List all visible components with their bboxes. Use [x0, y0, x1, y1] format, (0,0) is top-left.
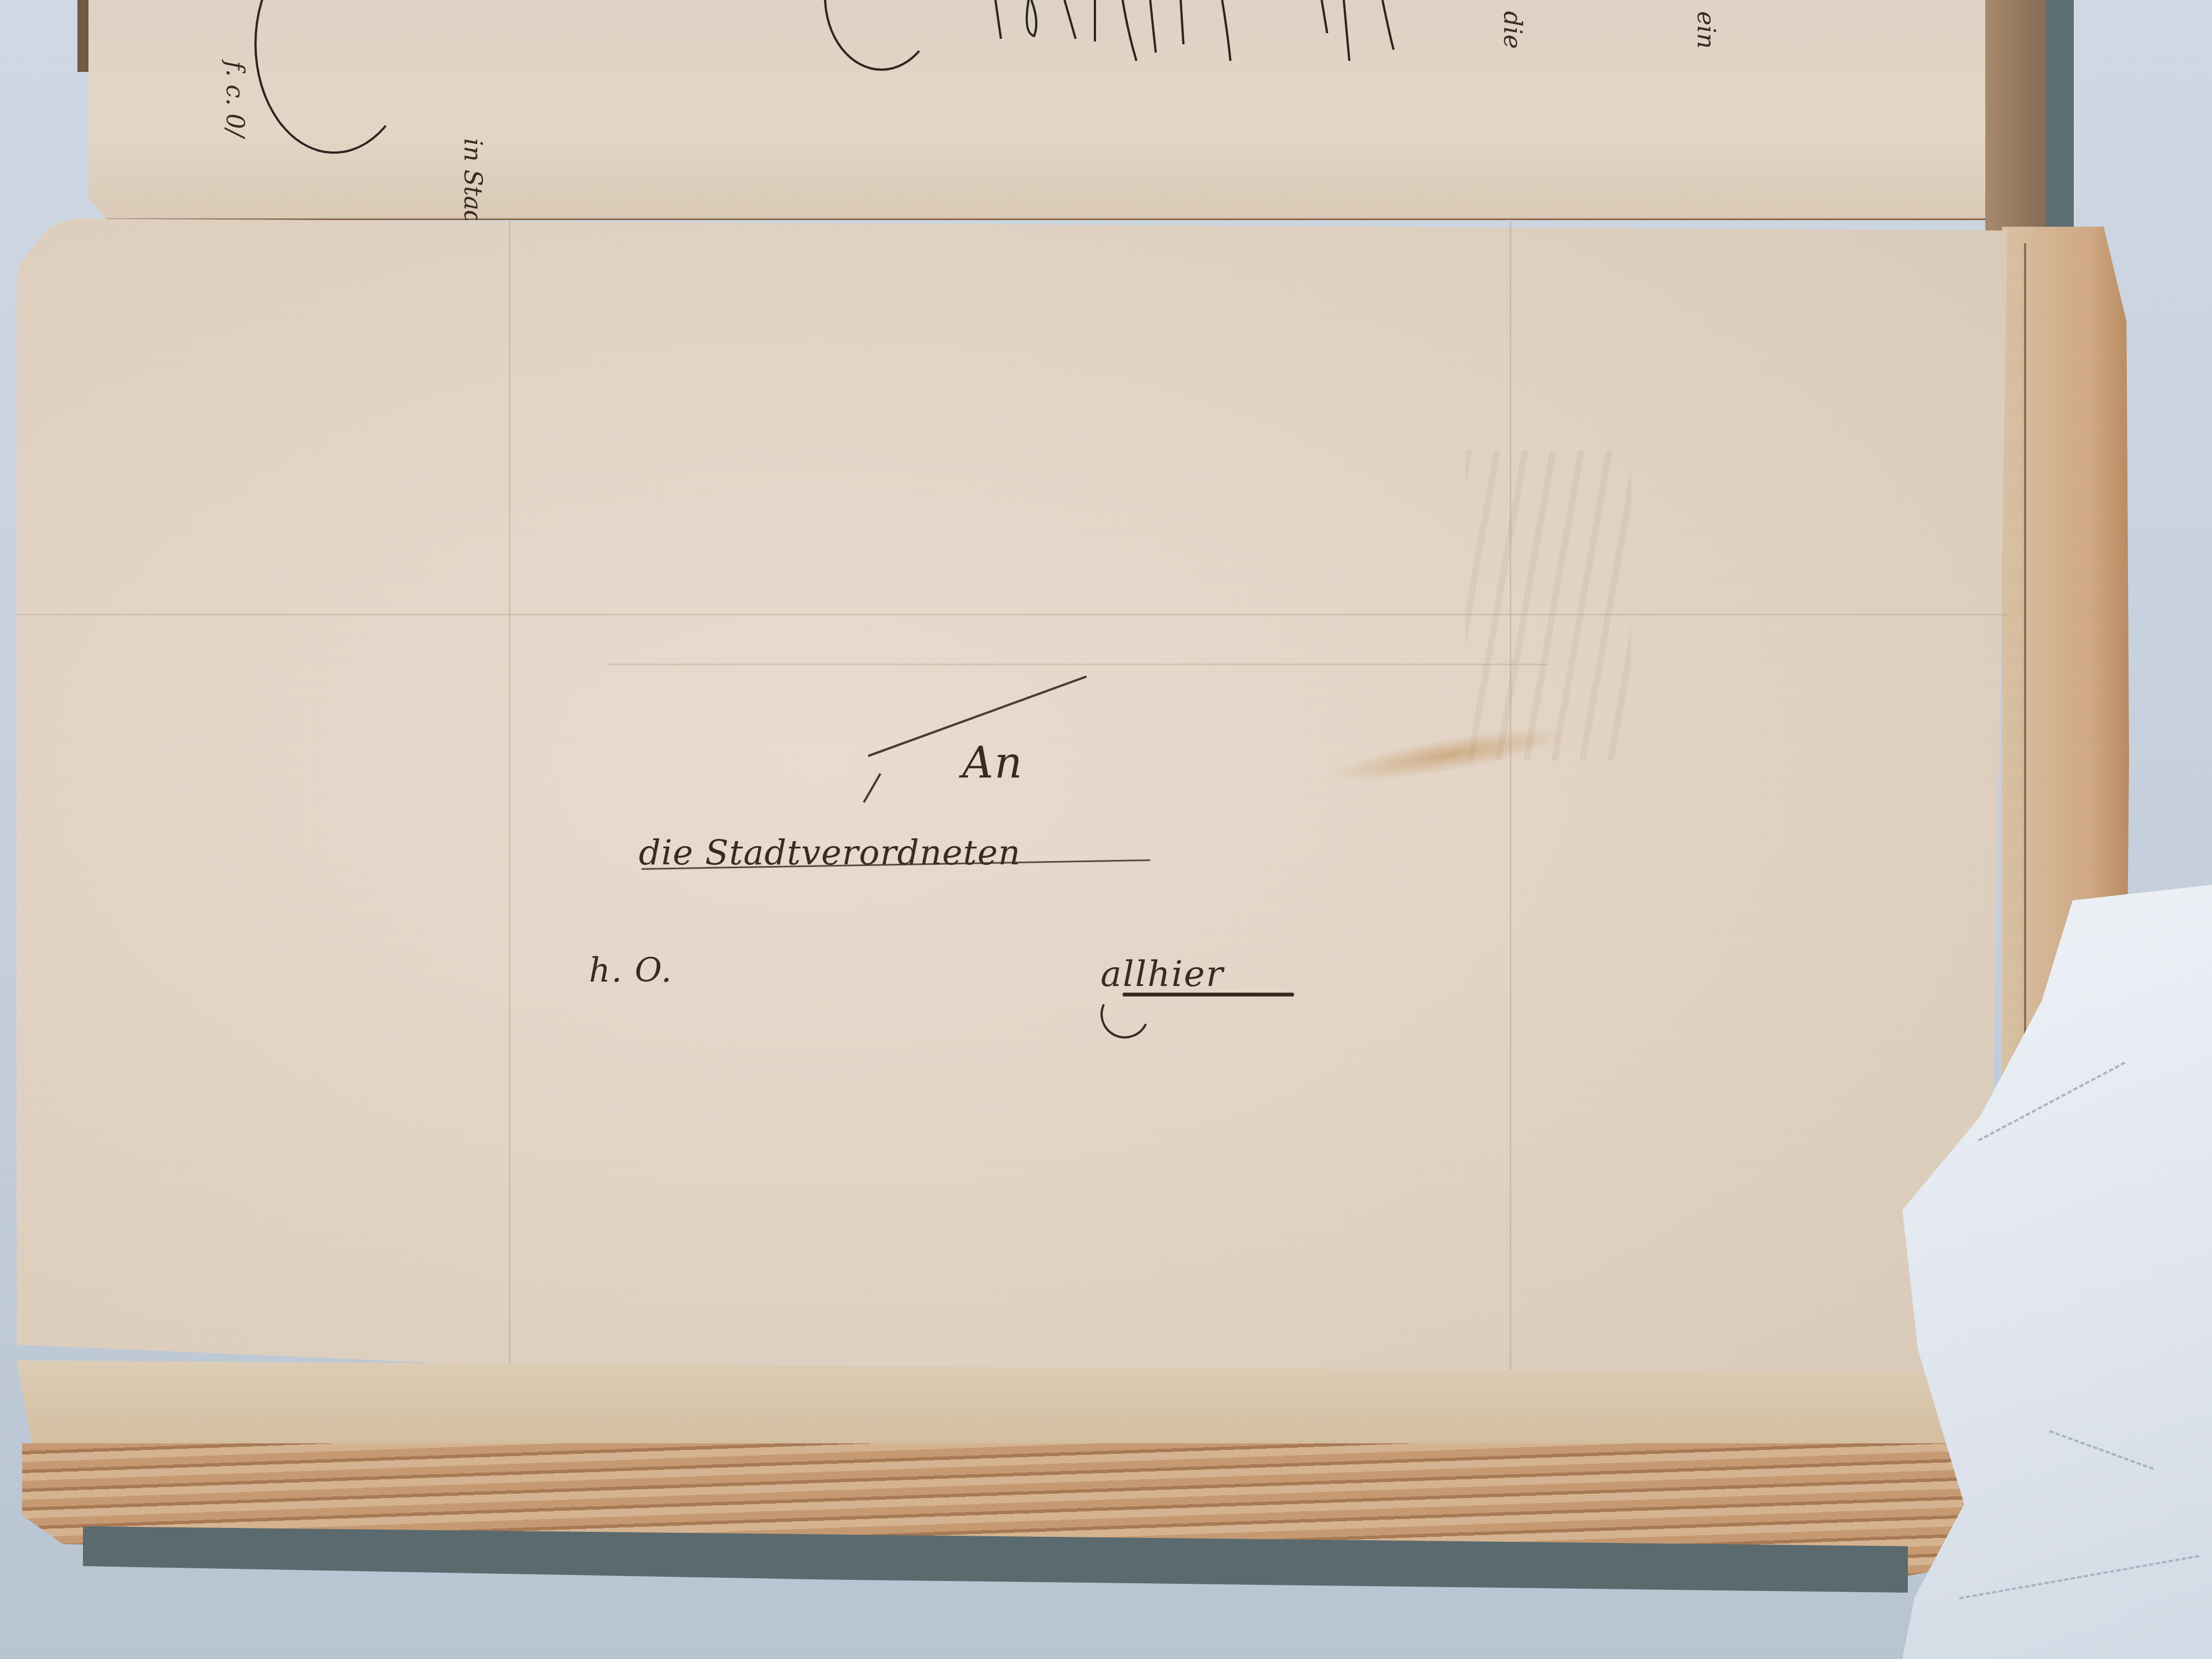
- underline: [1123, 993, 1294, 997]
- photo-scene: f. c. 0/ in Stadt die ein An die Stadtve…: [0, 0, 2212, 1659]
- fold-line-vertical: [1510, 221, 1511, 1410]
- script-fragment: ein: [1692, 11, 1720, 49]
- location-text: allhier: [1100, 954, 1224, 995]
- folded-sheet: [17, 218, 2007, 1430]
- salutation-text: An: [962, 738, 1024, 788]
- script-fragment: die: [1498, 11, 1526, 49]
- addressee-text: die Stadtverordneten: [639, 832, 1021, 873]
- foxing-stain: [1326, 717, 1572, 792]
- flourish-loop: [824, 0, 939, 71]
- flourish-loop: [254, 0, 414, 154]
- fold-line-horizontal: [608, 664, 1548, 665]
- folio-note: f. c. 0/: [221, 61, 249, 137]
- upper-page: f. c. 0/ in Stadt die ein: [88, 0, 2007, 220]
- script-strokes: [962, 0, 1571, 72]
- abbreviation-text: h. O.: [589, 951, 673, 990]
- cover-edge: [2046, 0, 2074, 227]
- fold-line-horizontal: [17, 614, 2007, 615]
- fold-line-vertical: [509, 221, 510, 1410]
- water-stain-streaks: [1465, 451, 1631, 760]
